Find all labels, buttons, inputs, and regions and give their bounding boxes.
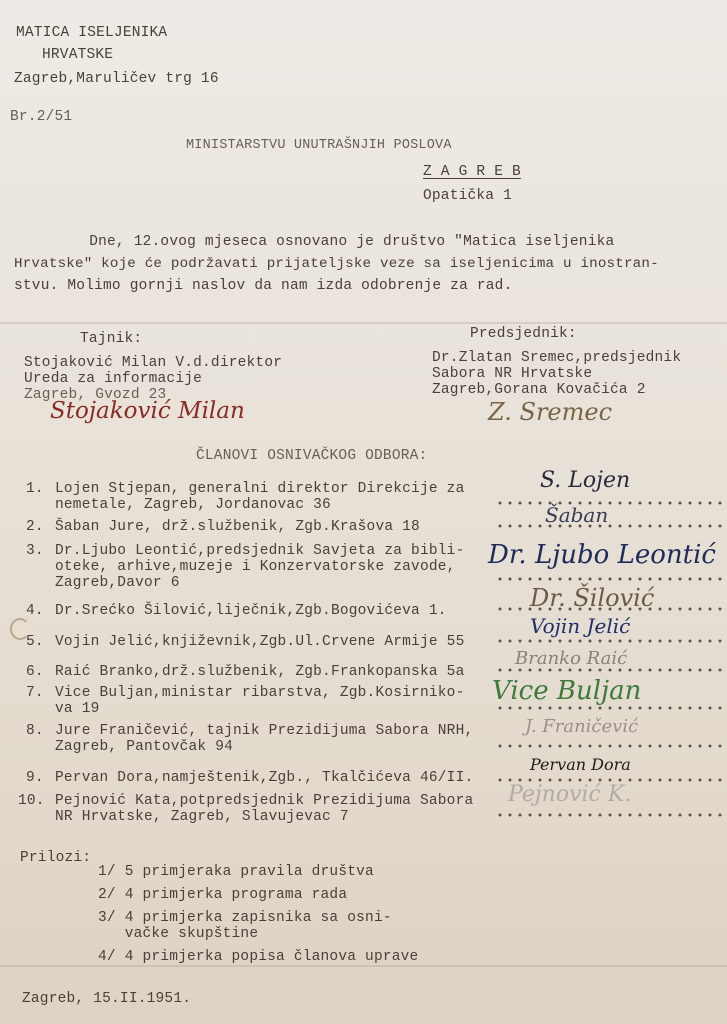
member-line-1: Raić Branko,drž.službenik, Zgb.Frankopan… xyxy=(55,664,464,680)
member-number: 3. xyxy=(26,543,44,559)
signature-line xyxy=(495,706,727,710)
signature-line xyxy=(495,607,727,611)
member-line-1: Jure Franičević, tajnik Prezidijuma Sabo… xyxy=(55,723,473,739)
body-line-3: stvu. Molimo gornji naslov da nam izda o… xyxy=(14,278,512,294)
paper-fold xyxy=(0,965,727,967)
signature-line xyxy=(495,744,727,748)
member-line-1: Vice Buljan,ministar ribarstva, Zgb.Kosi… xyxy=(55,685,464,701)
date-line: Zagreb, 15.II.1951. xyxy=(22,991,191,1007)
member-line-2: oteke, arhive,muzeje i Konzervatorske za… xyxy=(55,559,456,575)
member-number: 10. xyxy=(18,793,45,809)
sender-org-line1: MATICA ISELJENIKA xyxy=(16,25,167,41)
member-number: 2. xyxy=(26,519,44,535)
member-line-1: Pervan Dora,namještenik,Zgb., Tkalčićeva… xyxy=(55,770,473,786)
committee-heading: ČLANOVI OSNIVAČKOG ODBORA: xyxy=(196,448,427,464)
recipient-street: Opatička 1 xyxy=(423,188,512,204)
member-line-2: NR Hrvatske, Zagreb, Slavujevac 7 xyxy=(55,809,349,825)
signature-line xyxy=(495,524,727,528)
attachment-item-cont: vačke skupštine xyxy=(98,926,258,942)
member-line-2: Zagreb, Pantovčak 94 xyxy=(55,739,233,755)
member-line-2: va 19 xyxy=(55,701,100,717)
signature-line xyxy=(495,668,727,672)
member-number: 4. xyxy=(26,603,44,619)
member-signature: Pervan Dora xyxy=(530,755,631,774)
signature-line xyxy=(495,501,727,505)
president-line-2: Sabora NR Hrvatske xyxy=(432,366,592,382)
member-line-1: Vojin Jelić,književnik,Zgb.Ul.Crvene Arm… xyxy=(55,634,464,650)
recipient-name: MINISTARSTVU UNUTRAŠNJIH POSLOVA xyxy=(186,138,452,154)
member-line-1: Dr.Srećko Šilović,liječnik,Zgb.Bogovićev… xyxy=(55,603,447,619)
member-signature: Pejnović K. xyxy=(508,782,631,807)
member-signature: S. Lojen xyxy=(540,468,630,493)
member-signature: Branko Raić xyxy=(515,648,627,669)
president-line-1: Dr.Zlatan Sremec,predsjednik xyxy=(432,350,681,366)
member-line-3: Zagreb,Davor 6 xyxy=(55,575,180,591)
member-number: 5. xyxy=(26,634,44,650)
member-number: 9. xyxy=(26,770,44,786)
secretary-line-2: Ureda za informacije xyxy=(24,371,202,387)
signature-line xyxy=(495,577,727,581)
attachment-item: 2/ 4 primjerka programa rada xyxy=(98,887,347,903)
attachments-title: Prilozi: xyxy=(20,850,91,866)
member-signature: Vice Buljan xyxy=(492,676,641,706)
president-signature: Z. Sremec xyxy=(488,398,612,426)
attachment-item: 3/ 4 primjerka zapisnika sa osni- xyxy=(98,910,392,926)
secretary-line-1: Stojaković Milan V.d.direktor xyxy=(24,355,282,371)
member-line-2: nemetale, Zagreb, Jordanovac 36 xyxy=(55,497,331,513)
member-number: 1. xyxy=(26,481,44,497)
member-line-1: Pejnović Kata,potpredsjednik Prezidijuma… xyxy=(55,793,473,809)
member-line-1: Lojen Stjepan, generalni direktor Direkc… xyxy=(55,481,464,497)
attachment-item: 1/ 5 primjeraka pravila društva xyxy=(98,864,374,880)
president-line-3: Zagreb,Gorana Kovačića 2 xyxy=(432,382,646,398)
member-signature: Vojin Jelić xyxy=(530,614,630,638)
member-number: 7. xyxy=(26,685,44,701)
signature-line xyxy=(495,639,727,643)
member-line-1: Dr.Ljubo Leontić,predsjednik Savjeta za … xyxy=(55,543,464,559)
president-title: Predsjednik: xyxy=(470,326,577,342)
member-signature: Dr. Ljubo Leontić xyxy=(488,540,716,570)
reference-number: Br.2/51 xyxy=(10,109,72,125)
sender-address: Zagreb,Maruličev trg 16 xyxy=(14,71,219,87)
attachment-item: 4/ 4 primjerka popisa članova uprave xyxy=(98,949,418,965)
secretary-title: Tajnik: xyxy=(80,331,142,347)
recipient-city: Z A G R E B xyxy=(423,164,521,180)
paper-fold xyxy=(0,322,727,324)
signature-line xyxy=(495,813,727,817)
sender-org-line2: HRVATSKE xyxy=(42,47,113,63)
member-signature: J. Franičević xyxy=(525,716,638,737)
body-line-1: Dne, 12.ovog mjeseca osnovano je društvo… xyxy=(18,234,614,250)
body-line-2: Hrvatske" koje će podržavati prijateljsk… xyxy=(14,256,659,272)
secretary-signature: Stojaković Milan xyxy=(50,398,245,424)
member-line-1: Šaban Jure, drž.službenik, Zgb.Krašova 1… xyxy=(55,519,420,535)
member-number: 6. xyxy=(26,664,44,680)
member-number: 8. xyxy=(26,723,44,739)
